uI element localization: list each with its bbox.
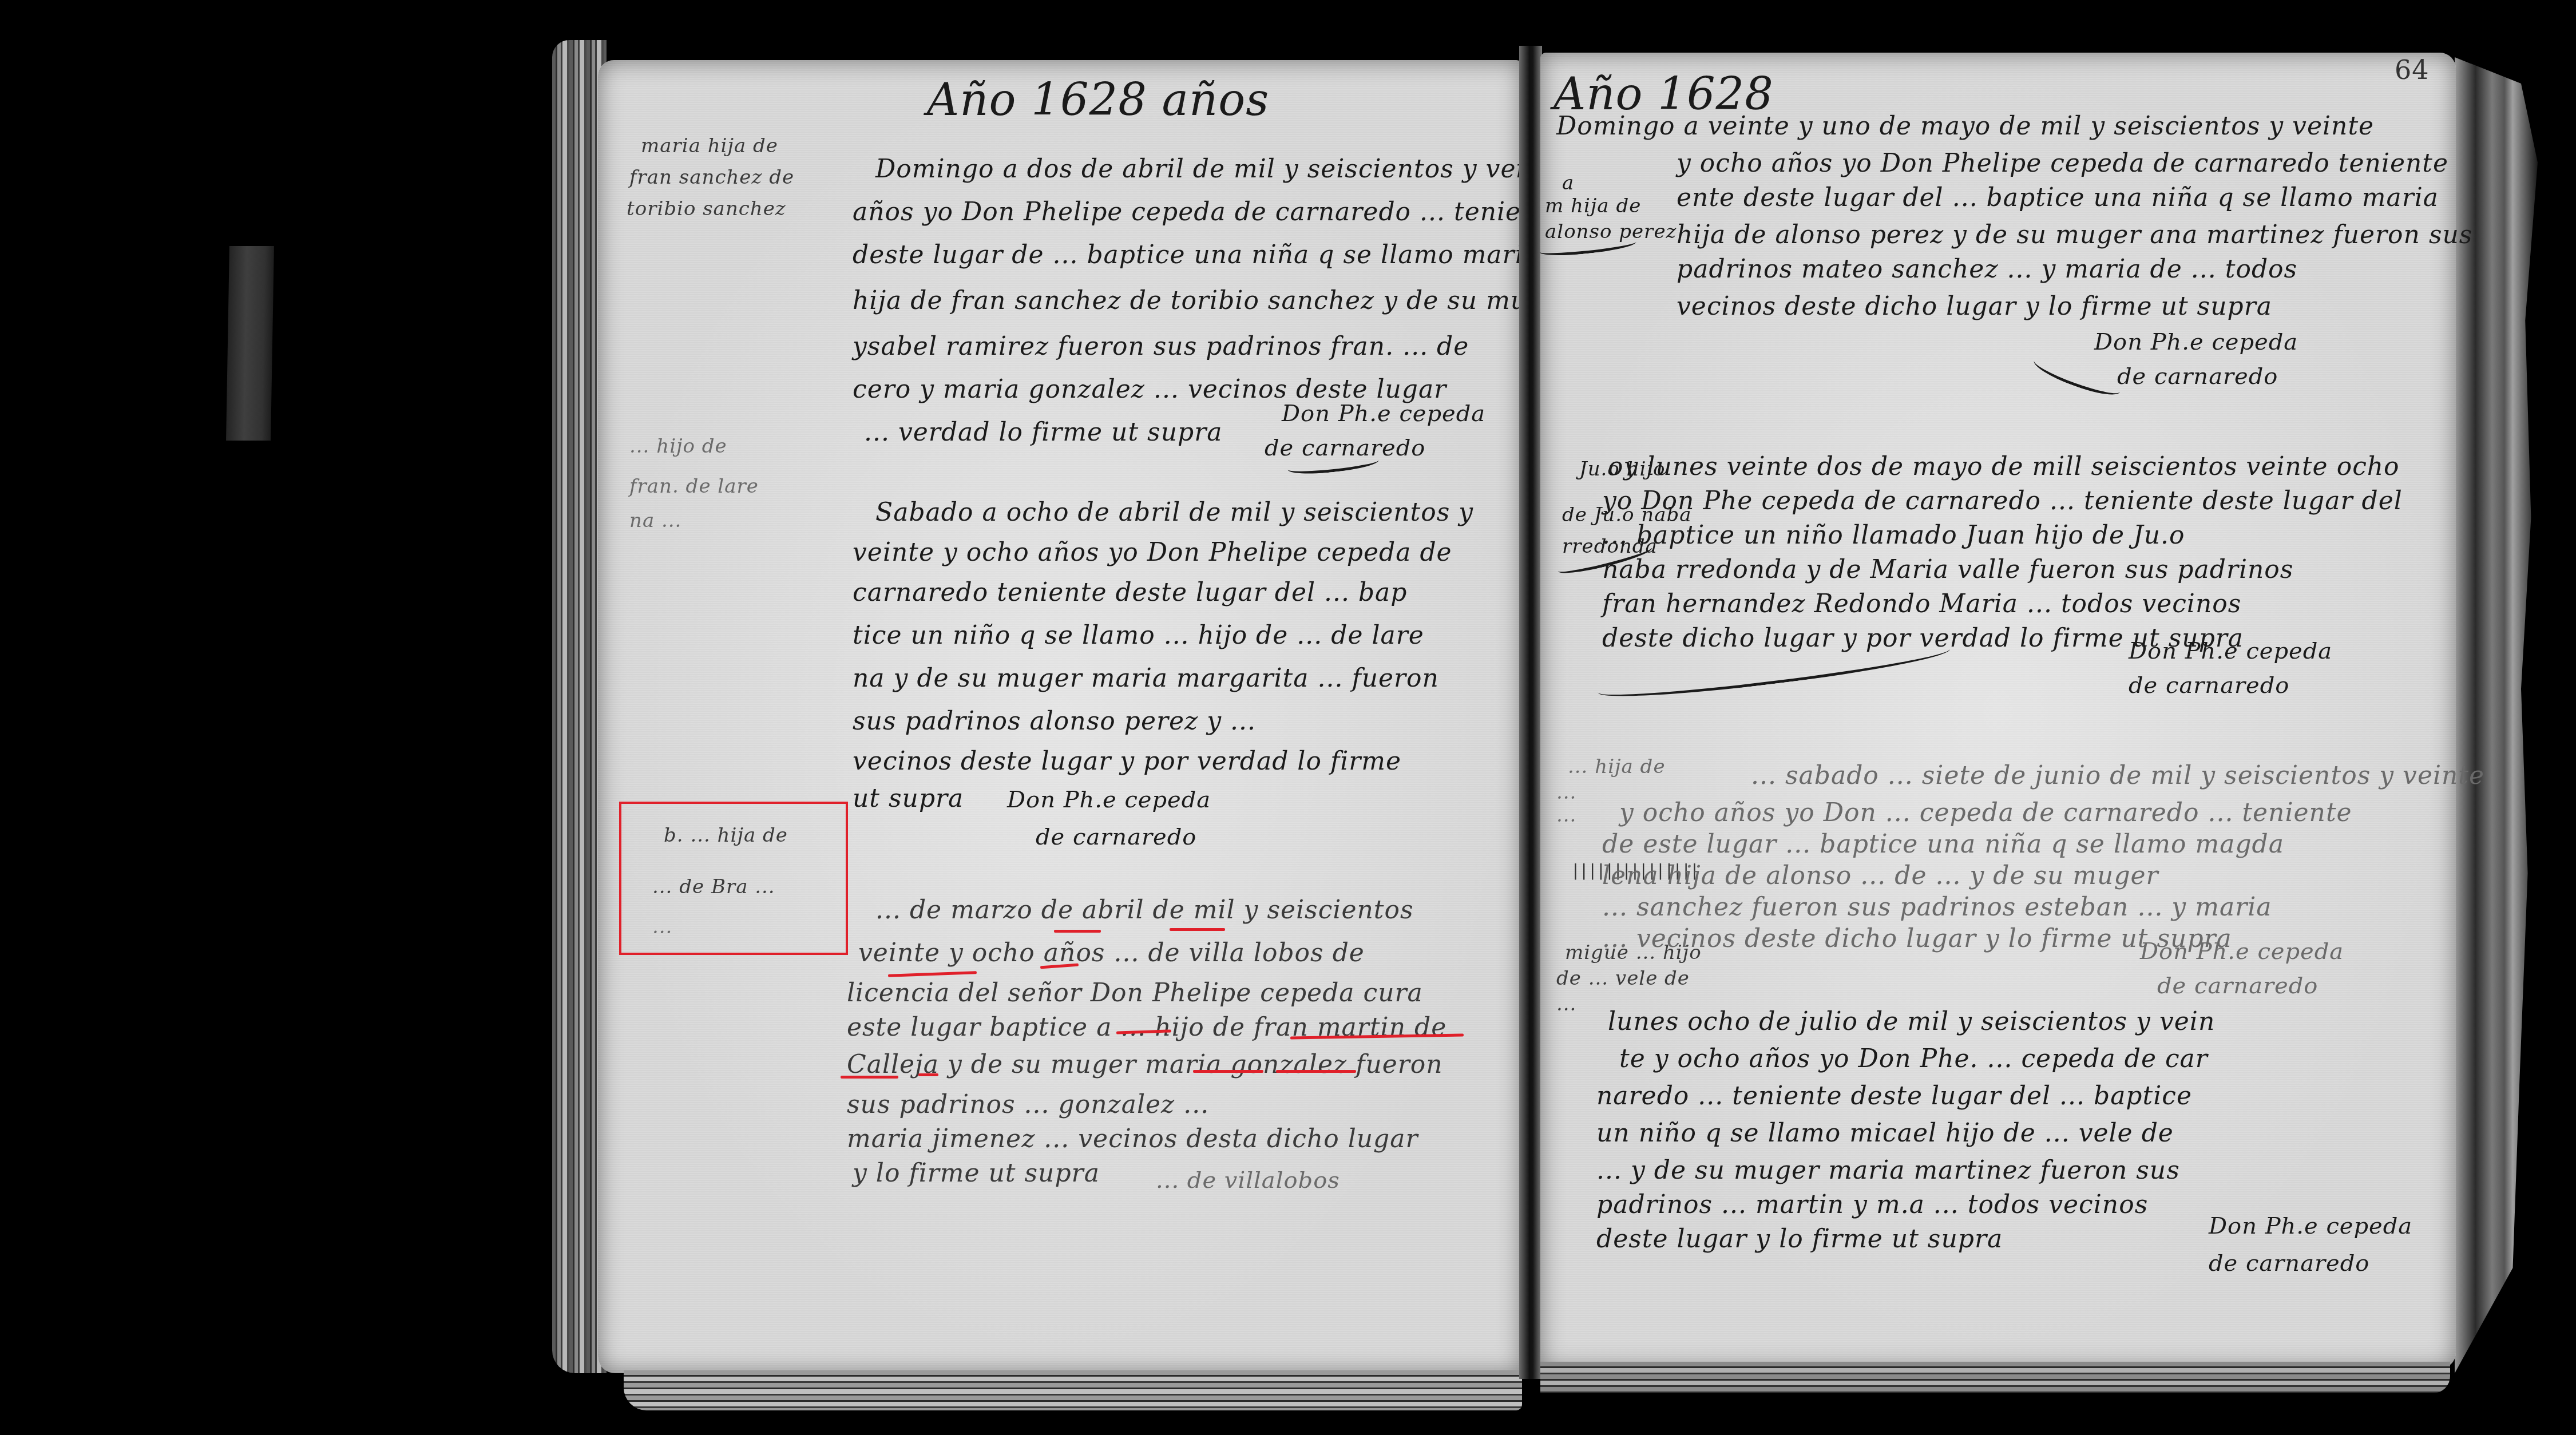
margin-line: fran. de lare: [629, 475, 759, 498]
margin-line: m hija de: [1545, 195, 1641, 217]
entry-line: y ocho años yo Don Phelipe cepeda de car…: [1677, 149, 2448, 178]
margin-line: ... hijo de: [629, 435, 727, 458]
entry-line: ... sabado ... siete de junio de mil y s…: [1751, 761, 2484, 790]
annotation-box: [619, 802, 848, 955]
margin-line: fran sanchez de: [629, 166, 794, 189]
entry-line: yo Don Phe cepeda de carnaredo ... tenie…: [1602, 486, 2403, 516]
margin-line: ...: [1556, 993, 1576, 1016]
book-bottom-edge-right: [1540, 1362, 2450, 1393]
signature-line: Don Ph.e cepeda: [2129, 638, 2332, 664]
entry-line: naredo ... teniente deste lugar del ... …: [1596, 1081, 2192, 1111]
entry-line: ... vecinos deste dicho lugar y lo firme…: [1602, 924, 2232, 953]
margin-line: de ... vele de: [1556, 967, 1690, 990]
entry-line: ... de marzo de abril de mil y seiscient…: [875, 895, 1414, 925]
entry-line: lena hija de alonso ... de ... y de su m…: [1602, 861, 2159, 890]
entry-line: carnaredo teniente deste lugar del ... b…: [853, 578, 1408, 607]
margin-line: ... hija de: [1568, 755, 1666, 778]
left-page-heading: Año 1628 años: [927, 74, 1269, 126]
entry-line: veinte y ocho años ... de villa lobos de: [858, 938, 1365, 968]
entry-line: te y ocho años yo Don Phe. ... cepeda de…: [1619, 1044, 2208, 1073]
entry-line: deste lugar de ... baptice una niña q se…: [853, 240, 1539, 269]
signature-line: ... de villalobos: [1156, 1167, 1340, 1194]
entry-line: y lo firme ut supra: [853, 1159, 1100, 1188]
annotation-underline: [1170, 928, 1225, 931]
entry-line: años yo Don Phelipe cepeda de carnaredo …: [853, 197, 1564, 227]
film-strip-artifact: [226, 246, 274, 441]
signature-line: Don Ph.e cepeda: [2209, 1213, 2412, 1239]
book-bottom-edge-left: [624, 1370, 1522, 1410]
entry-line: y ocho años yo Don ... cepeda de carnare…: [1619, 798, 2352, 827]
entry-line: ... baptice un niño llamado Juan hijo de…: [1602, 521, 2185, 550]
annotation-underline: [918, 1073, 938, 1076]
entry-line: sus padrinos ... gonzalez ...: [847, 1090, 1209, 1119]
entry-line: cero y maria gonzalez ... vecinos deste …: [853, 375, 1446, 404]
entry-line: ... verdad lo firme ut supra: [864, 418, 1222, 447]
entry-line: padrinos mateo sanchez ... y maria de ..…: [1677, 255, 2297, 284]
annotation-underline: [1193, 1070, 1263, 1073]
entry-line: vecinos deste dicho lugar y lo firme ut …: [1677, 292, 2272, 321]
entry-line: un niño q se llamo micael hijo de ... ve…: [1596, 1119, 2174, 1148]
entry-line: naba rredonda y de Maria valle fueron su…: [1602, 555, 2293, 584]
entry-line: de este lugar ... baptice una niña q se …: [1602, 830, 2284, 859]
signature-line: Don Ph.e cepeda: [2094, 329, 2298, 355]
entry-line: na y de su muger maria margarita ... fue…: [853, 664, 1439, 693]
signature-line: Don Ph.e cepeda: [1282, 401, 1485, 427]
margin-line: na ...: [629, 509, 681, 532]
book-edge-right: [2455, 57, 2538, 1373]
margin-line: maria hija de: [641, 134, 778, 157]
entry-line: ... y de su muger maria martinez fueron …: [1596, 1156, 2180, 1185]
margin-line: toribio sanchez: [627, 197, 786, 220]
annotation-underline: [1054, 930, 1101, 933]
signature-line: de carnaredo: [2209, 1250, 2369, 1277]
signature-line: de carnaredo: [1036, 824, 1196, 850]
entry-line: tice un niño q se llamo ... hijo de ... …: [853, 621, 1424, 650]
entry-line: ysabel ramirez fueron sus padrinos fran.…: [853, 332, 1469, 361]
signature-line: de carnaredo: [2117, 363, 2278, 390]
entry-line: licencia del señor Don Phelipe cepeda cu…: [847, 978, 1423, 1008]
entry-line: padrinos ... martin y m.a ... todos veci…: [1596, 1190, 2148, 1219]
entry-line: hija de fran sanchez de toribio sanchez …: [853, 286, 1572, 315]
entry-line: oy lunes veinte dos de mayo de mill seis…: [1608, 452, 2400, 481]
annotation-underline: [1276, 1070, 1356, 1073]
entry-line: sus padrinos alonso perez y ...: [853, 707, 1256, 736]
entry-line: lunes ocho de julio de mil y seiscientos…: [1608, 1007, 2215, 1036]
entry-line: veinte y ocho años yo Don Phelipe cepeda…: [853, 538, 1452, 567]
book-gutter: [1519, 46, 1542, 1379]
entry-line: ut supra: [853, 784, 964, 813]
margin-line: ...: [1556, 781, 1576, 804]
margin-line: a: [1562, 172, 1574, 195]
annotation-underline: [841, 1076, 898, 1079]
entry-line: vecinos deste lugar y por verdad lo firm…: [853, 747, 1401, 776]
signature-line: Don Ph.e cepeda: [1007, 787, 1211, 813]
margin-line: ...: [1556, 804, 1576, 827]
entry-line: Sabado a ocho de abril de mil y seiscien…: [875, 498, 1473, 527]
entry-line: ente deste lugar del ... baptice una niñ…: [1677, 183, 2439, 212]
entry-line: deste lugar y lo firme ut supra: [1596, 1224, 2003, 1254]
entry-line: hija de alonso perez y de su muger ana m…: [1677, 220, 2472, 249]
entry-line: maria jimenez ... vecinos desta dicho lu…: [847, 1124, 1418, 1153]
entry-line: fran hernandez Redondo Maria ... todos v…: [1602, 589, 2241, 619]
page-number: 64: [2395, 54, 2430, 85]
entry-line: Domingo a veinte y uno de mayo de mil y …: [1556, 112, 2374, 141]
signature-line: de carnaredo: [2129, 672, 2289, 699]
signature-line: Don Ph.e cepeda: [2140, 938, 2344, 965]
entry-line: ... sanchez fueron sus padrinos esteban …: [1602, 893, 2272, 922]
signature-line: de carnaredo: [2157, 973, 2318, 999]
